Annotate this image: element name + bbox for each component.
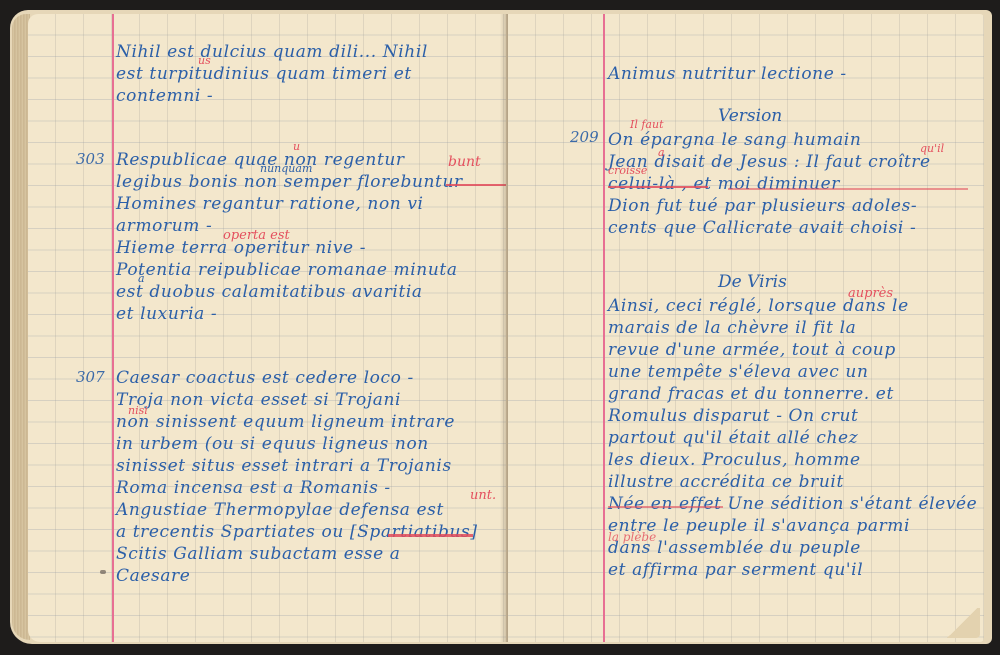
handwritten-line: les dieux. Proculus, homme: [608, 450, 861, 470]
folded-corner: [944, 608, 980, 638]
correction-mark: bunt: [448, 154, 481, 170]
handwritten-line: revue d'une armée, tout à coup: [608, 340, 896, 360]
strikethrough: [446, 184, 506, 186]
correction-mark: u: [293, 140, 300, 153]
handwritten-line: illustre accrédita ce bruit: [608, 472, 844, 492]
right-margin-line: [603, 14, 605, 642]
handwritten-line: Potentia reipublicae romanae minuta: [116, 260, 458, 280]
handwritten-line: et affirma par serment qu'il: [608, 560, 863, 580]
strikethrough: [608, 186, 708, 188]
section-heading: De Viris: [718, 272, 787, 292]
handwritten-line: Scitis Galliam subactam esse a: [116, 544, 401, 564]
handwritten-line: legibus bonis non semper florebuntur: [116, 172, 463, 192]
handwritten-line: grand fracas et du tonnerre. et: [608, 384, 894, 404]
strikethrough: [608, 506, 723, 508]
handwritten-line: Jean disait de Jesus : Il faut croître: [608, 152, 931, 172]
correction-mark: operta est: [223, 228, 290, 243]
ink-smudge: [100, 570, 106, 574]
handwritten-line: contemni -: [116, 86, 213, 106]
handwritten-line: Angustiae Thermopylae defensa est: [116, 500, 444, 520]
exercise-number: 307: [76, 368, 105, 386]
handwritten-line: Troja non victa esset si Trojani: [116, 390, 401, 410]
correction-mark: croisse: [608, 164, 647, 177]
handwritten-line: et luxuria -: [116, 304, 217, 324]
handwritten-line: Animus nutritur lectione -: [608, 64, 847, 84]
exercise-number: 303: [76, 150, 105, 168]
correction-mark: nisi: [128, 404, 148, 417]
handwritten-line: est duobus calamitatibus avaritia: [116, 282, 423, 302]
handwritten-line: Dion fut tué par plusieurs adoles-: [608, 196, 917, 216]
correction-mark: a: [138, 272, 145, 285]
handwritten-line: partout qu'il était allé chez: [608, 428, 858, 448]
strikethrough: [728, 188, 968, 190]
handwritten-line: a trecentis Spartiates ou [Spartiatibus]: [116, 522, 478, 542]
exercise-number: 209: [570, 128, 599, 146]
correction-mark: unt.: [470, 488, 496, 503]
correction-mark: qu'il: [920, 142, 944, 155]
handwritten-line: marais de la chèvre il fit la: [608, 318, 856, 338]
correction-mark: us: [198, 54, 211, 67]
handwritten-line: Caesar coactus est cedere loco -: [116, 368, 414, 388]
correction-mark: auprès: [848, 286, 893, 301]
handwritten-line: sinisset situs esset intrari a Trojanis: [116, 456, 452, 476]
correction-mark: la plèbe: [608, 530, 656, 544]
handwritten-line: in urbem (ou si equus ligneus non: [116, 434, 429, 454]
correction-mark: a: [658, 146, 665, 159]
handwritten-line: non sinissent equum ligneum intrare: [116, 412, 455, 432]
handwritten-line: celui-là , et moi diminuer: [608, 174, 840, 194]
handwritten-line: Romulus disparut - On crut: [608, 406, 858, 426]
handwritten-line: est turpitudinius quam timeri et: [116, 64, 412, 84]
right-page: Animus nutritur lectione - Version 209 O…: [508, 14, 984, 642]
handwritten-line: On épargna le sang humain: [608, 130, 861, 150]
left-page: Nihil est dulcius quam dili... Nihil est…: [28, 14, 506, 642]
correction-mark: Il faut: [630, 118, 664, 131]
correction-mark: nunquam: [260, 162, 312, 175]
handwritten-line: Roma incensa est a Romanis -: [116, 478, 391, 498]
handwritten-line: cents que Callicrate avait choisi -: [608, 218, 916, 238]
handwritten-line: Homines regantur ratione, non vi: [116, 194, 424, 214]
left-margin-line: [112, 14, 114, 642]
section-heading: Version: [718, 106, 782, 126]
handwritten-line: une tempête s'éleva avec un: [608, 362, 869, 382]
handwritten-line: Née en effet Une sédition s'étant élevée: [608, 494, 977, 514]
handwritten-line: armorum -: [116, 216, 212, 236]
strikethrough: [388, 534, 473, 537]
handwritten-line: Caesare: [116, 566, 190, 586]
handwritten-line: Nihil est dulcius quam dili... Nihil: [116, 42, 428, 62]
